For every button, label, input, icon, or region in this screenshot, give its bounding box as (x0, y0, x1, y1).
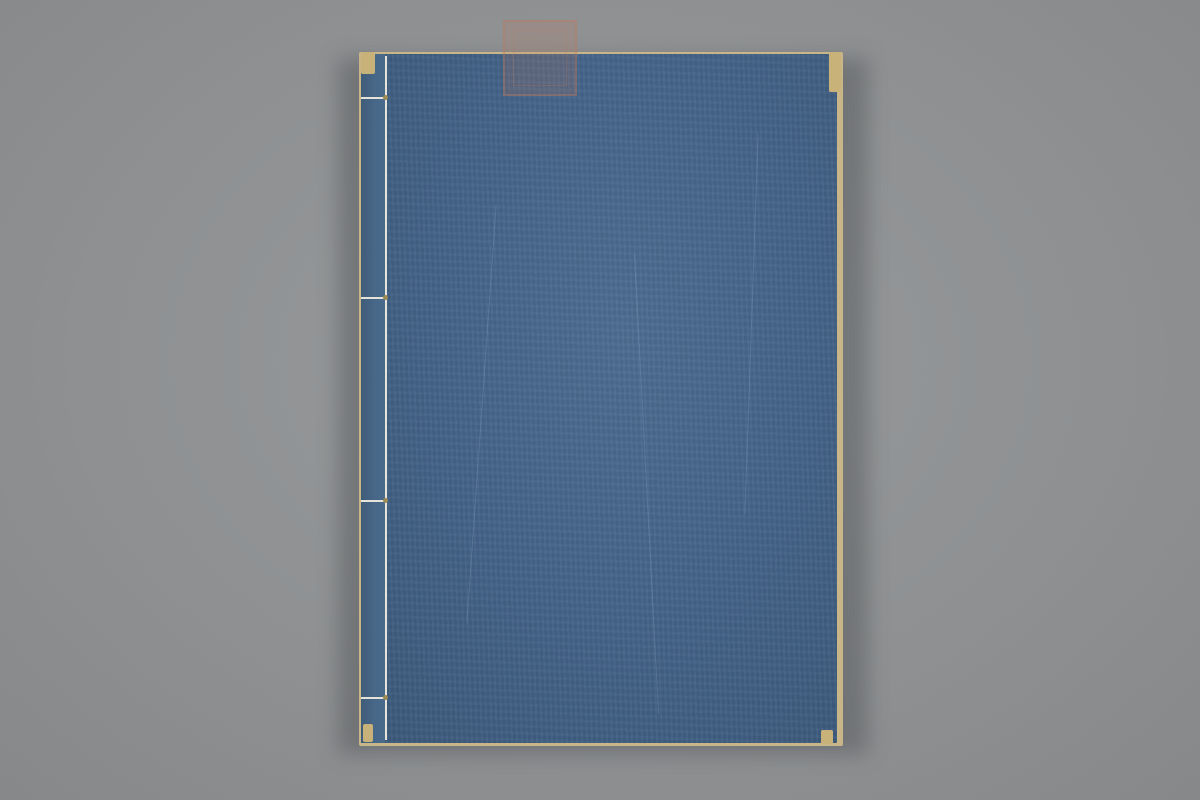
corner-wear (361, 52, 375, 74)
corner-wear (829, 52, 841, 92)
cover-crease (744, 134, 758, 514)
seal-inner-border (513, 30, 567, 86)
collection-seal (503, 20, 577, 96)
stitch-knot (383, 695, 388, 700)
cover-crease (634, 254, 659, 713)
stitch-knot (383, 95, 388, 100)
corner-wear (363, 724, 373, 742)
spine-strip (361, 54, 385, 743)
blue-cover (361, 54, 837, 743)
stitch-knot (383, 498, 388, 503)
book (359, 52, 843, 746)
binding-thread (385, 56, 387, 740)
corner-wear (821, 730, 833, 744)
cover-crease (466, 204, 496, 623)
stitch-knot (383, 295, 388, 300)
